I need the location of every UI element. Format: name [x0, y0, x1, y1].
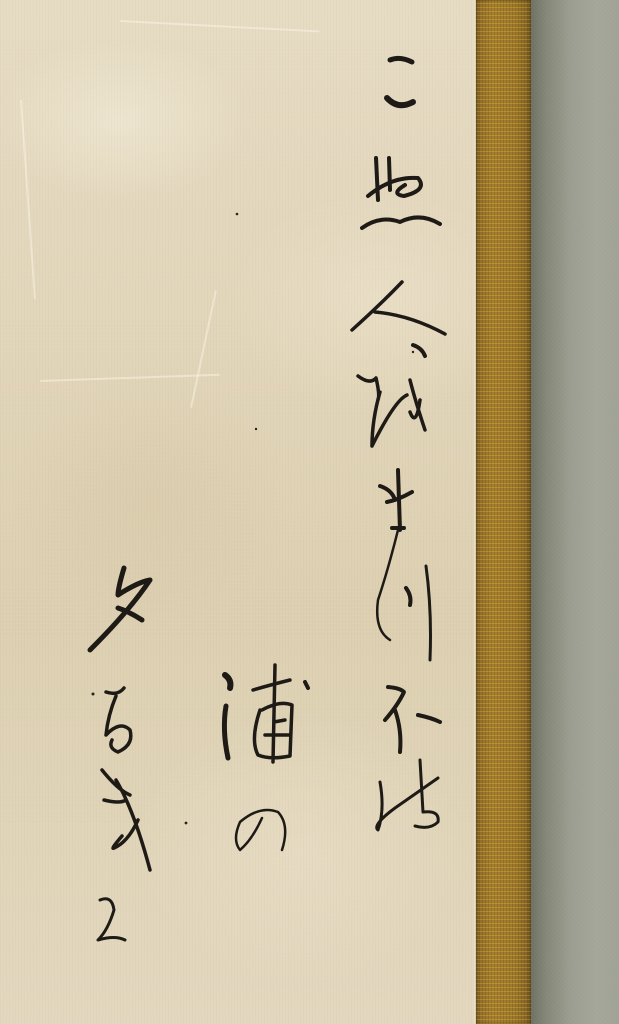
ink-stroke — [362, 158, 440, 228]
ink-stroke — [224, 706, 228, 758]
paper-speck — [92, 693, 95, 696]
ink-stroke — [358, 376, 425, 446]
ink-stroke — [236, 810, 285, 850]
ink-stroke — [352, 282, 445, 334]
ink-stroke — [90, 568, 150, 650]
ink-stroke — [380, 470, 412, 530]
paper-speck — [412, 351, 414, 353]
ink-stroke — [225, 675, 230, 688]
ink-stroke — [387, 98, 413, 105]
ink-stroke — [305, 682, 308, 688]
calligraphy-ink — [0, 0, 476, 1024]
silk-mounting — [531, 0, 619, 1024]
paper-speck — [185, 822, 188, 825]
ink-stroke — [102, 770, 150, 870]
ink-stroke — [418, 715, 440, 722]
paper-speck — [255, 428, 257, 430]
ink-stroke — [253, 665, 292, 762]
gold-brocade-border — [476, 0, 531, 1024]
ink-stroke — [390, 58, 412, 62]
ink-stroke — [377, 760, 438, 830]
paper-speck — [236, 213, 239, 216]
ink-stroke — [413, 345, 425, 356]
ink-stroke — [385, 687, 404, 752]
ink-stroke — [98, 899, 125, 940]
scroll-photograph: こ思人歳まつ川不如 浦の 夕なきぞみ — [0, 0, 619, 1024]
ink-stroke — [106, 688, 131, 752]
ink-stroke — [406, 588, 411, 605]
ink-stroke — [377, 530, 398, 640]
ink-stroke — [426, 566, 431, 660]
